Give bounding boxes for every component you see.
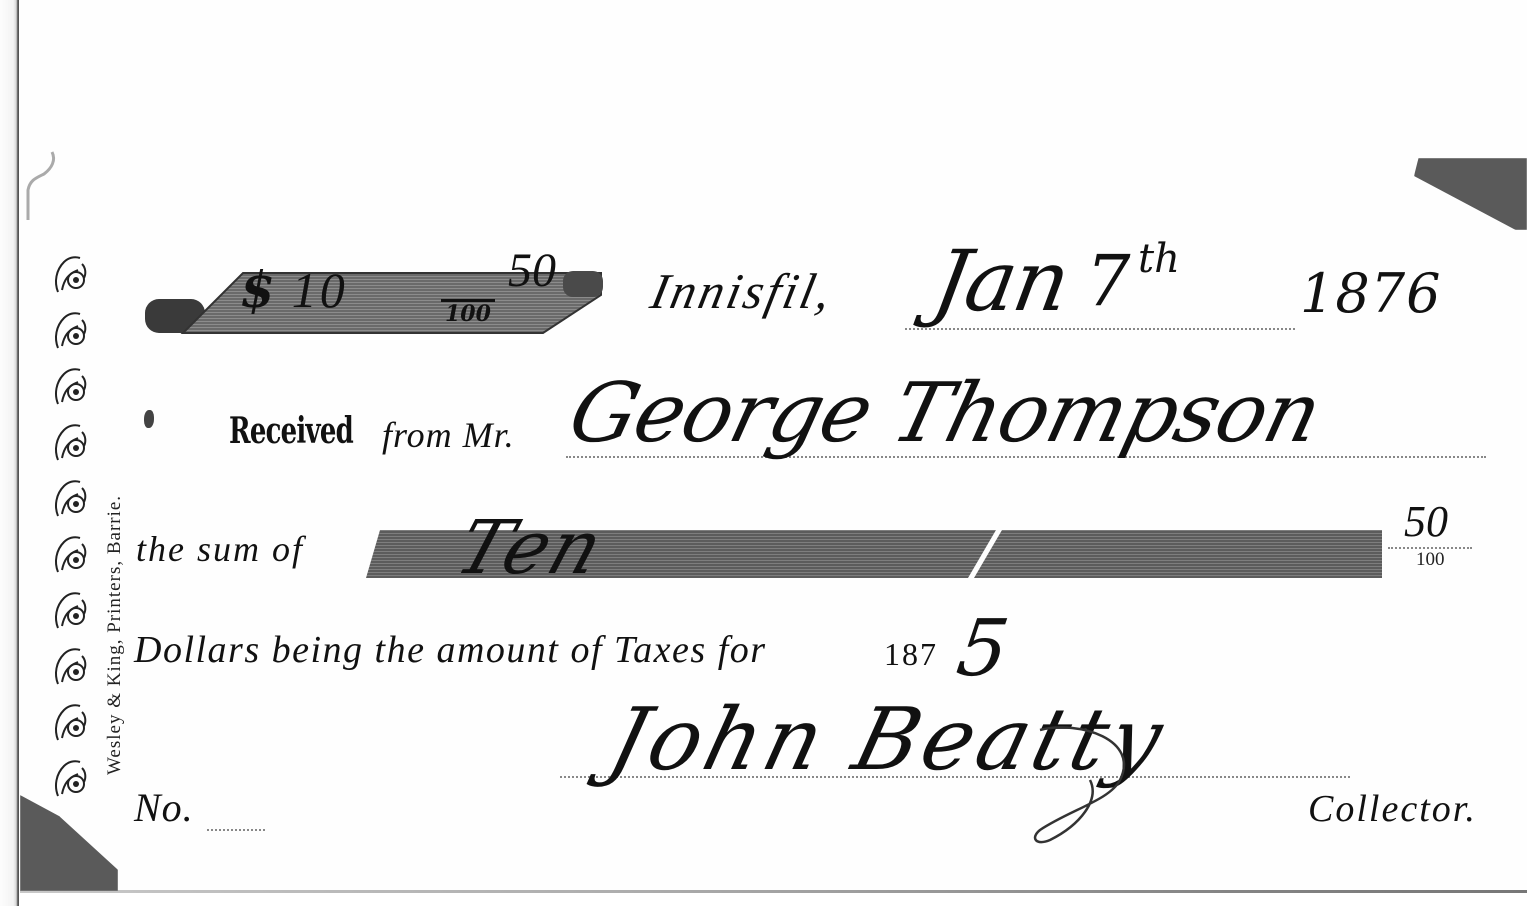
ink-smudge: [144, 410, 154, 428]
ornamental-border: [50, 252, 90, 800]
amount-dollars-value: 10: [292, 262, 348, 318]
taxes-year-prefix: 187: [884, 636, 938, 673]
place-label: Innisfil,: [646, 262, 840, 320]
anthemion-ornament-icon: [52, 252, 88, 296]
number-line: [207, 829, 265, 831]
payer-name: George Thompson: [560, 366, 1330, 461]
date-year: 1876: [1300, 262, 1441, 325]
date-day-suffix: th: [1138, 236, 1180, 282]
date-month: Jan: [926, 232, 1075, 330]
sum-cents: 50: [1404, 496, 1448, 547]
receipt-bottom-edge: [20, 890, 1527, 893]
sum-words: Ten: [446, 505, 615, 591]
anthemion-ornament-icon: [52, 588, 88, 632]
scan-edge-left: [0, 0, 19, 906]
anthemion-ornament-icon: [52, 364, 88, 408]
sum-cents-denominator: 100: [1416, 549, 1445, 571]
amount-badge: $10 50 100: [143, 265, 605, 340]
taxes-label: Dollars being the amount of Taxes for: [134, 628, 767, 672]
anthemion-ornament-icon: [52, 644, 88, 688]
amount-cents-denominator: 100: [441, 299, 495, 326]
amount-dollars: $10: [240, 260, 348, 319]
from-label: from Mr.: [382, 414, 515, 456]
anthemion-ornament-icon: [52, 532, 88, 576]
printer-imprint: Wesley & King, Printers, Barrie.: [104, 495, 126, 775]
anthemion-ornament-icon: [52, 476, 88, 520]
anthemion-ornament-icon: [52, 308, 88, 352]
received-label: Received: [229, 410, 353, 452]
currency-symbol: $: [240, 260, 278, 319]
number-label: No.: [134, 784, 194, 831]
date-day: 7: [1086, 240, 1131, 322]
anthemion-ornament-icon: [52, 700, 88, 744]
anthemion-ornament-icon: [52, 420, 88, 464]
anthemion-ornament-icon: [52, 756, 88, 800]
sum-label: the sum of: [136, 528, 304, 570]
signature-flourish: [1000, 720, 1160, 850]
amount-cents: 50: [508, 243, 556, 298]
collector-label: Collector.: [1308, 787, 1477, 831]
torn-edge-mark: [22, 150, 62, 220]
